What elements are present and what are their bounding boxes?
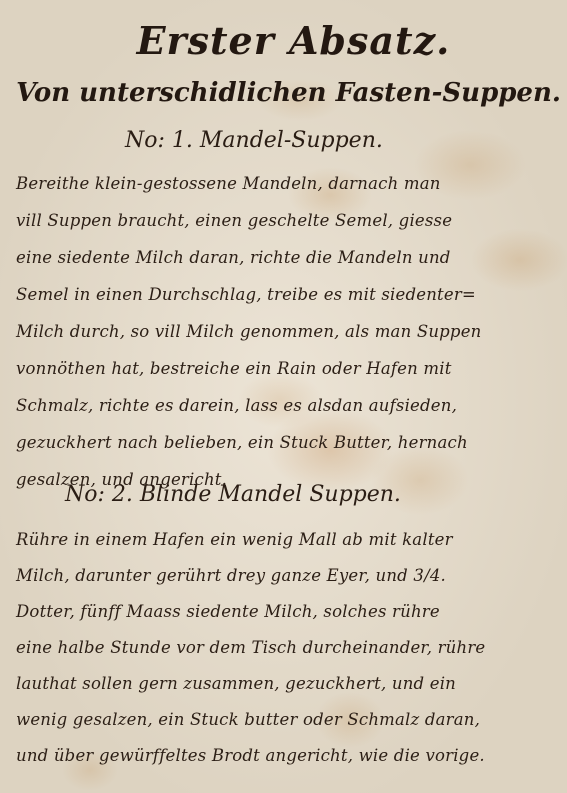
recipe-2-line: und über gewürffeltes Brodt angericht, w… <box>16 738 553 774</box>
recipe-2-line: Milch, darunter gerührt drey ganze Eyer,… <box>16 558 553 594</box>
chapter-subtitle: Von unterschidlichen Fasten-Suppen. <box>0 78 567 108</box>
recipe-2-body: Rühre in einem Hafen ein wenig Mall ab m… <box>16 522 553 774</box>
recipe-1-line: Milch durch, so vill Milch genommen, als… <box>16 313 553 350</box>
recipe-2-line: wenig gesalzen, ein Stuck butter oder Sc… <box>16 702 553 738</box>
recipe-1-body: Bereithe klein-gestossene Mandeln, darna… <box>16 165 553 498</box>
recipe-1-line: gezuckhert nach belieben, ein Stuck Butt… <box>16 424 553 461</box>
recipe-2-line: lauthat sollen gern zusammen, gezuckhert… <box>16 666 553 702</box>
chapter-title: Erster Absatz. <box>0 18 567 63</box>
recipe-2-title: No: 2. Blinde Mandel Suppen. <box>65 482 401 507</box>
recipe-2-line: Dotter, fünff Maass siedente Milch, solc… <box>16 594 553 630</box>
recipe-2-line: eine halbe Stunde vor dem Tisch durchein… <box>16 630 553 666</box>
recipe-1-line: vonnöthen hat, bestreiche ein Rain oder … <box>16 350 553 387</box>
recipe-1-line: Semel in einen Durchschlag, treibe es mi… <box>16 276 553 313</box>
recipe-1-line: Bereithe klein-gestossene Mandeln, darna… <box>16 165 553 202</box>
recipe-1-title: No: 1. Mandel-Suppen. <box>125 128 383 153</box>
recipe-1-line: Schmalz, richte es darein, lass es alsda… <box>16 387 553 424</box>
recipe-1-line: eine siedente Milch daran, richte die Ma… <box>16 239 553 276</box>
manuscript-page: Erster Absatz. Von unterschidlichen Fast… <box>0 0 567 793</box>
recipe-1-line: vill Suppen braucht, einen geschelte Sem… <box>16 202 553 239</box>
recipe-2-line: Rühre in einem Hafen ein wenig Mall ab m… <box>16 522 553 558</box>
